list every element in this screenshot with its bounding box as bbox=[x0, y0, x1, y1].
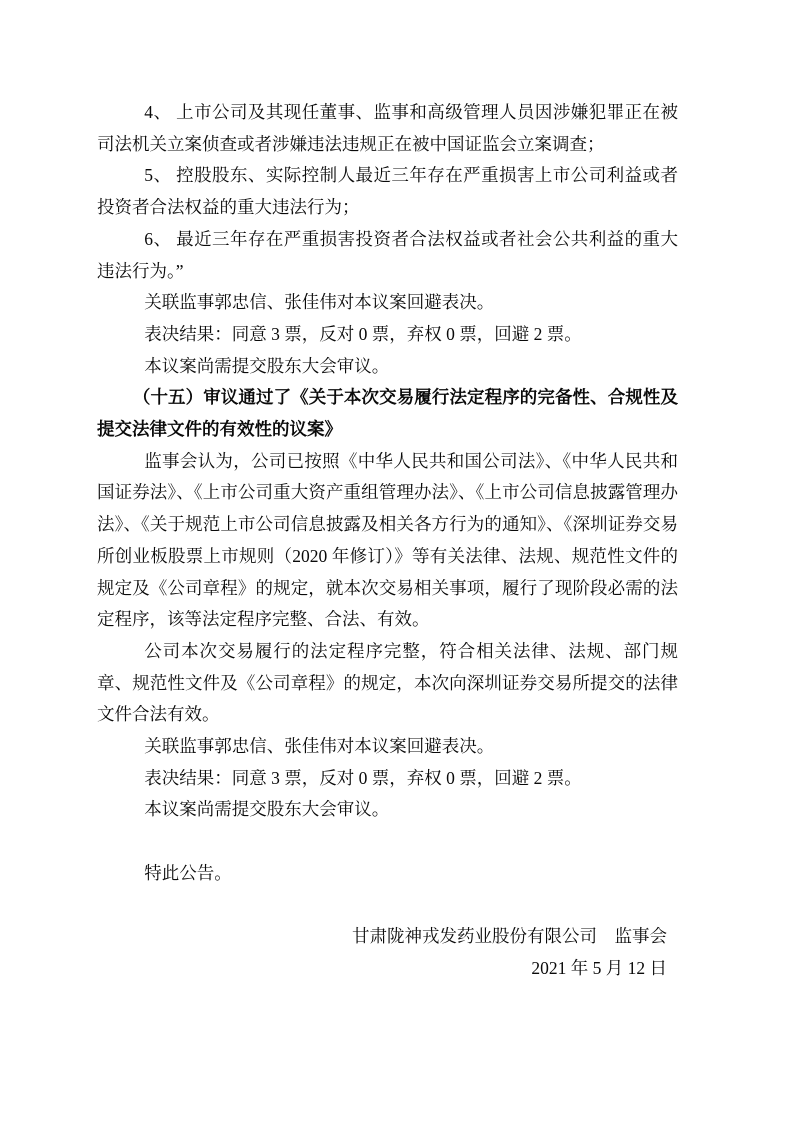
blank-line bbox=[97, 890, 678, 922]
shareholder-submission-statement: 本议案尚需提交股东大会审议。 bbox=[97, 351, 678, 383]
blank-line bbox=[97, 826, 678, 858]
shareholder-submission-statement: 本议案尚需提交股东大会审议。 bbox=[97, 794, 678, 826]
signature-company-line: 甘肃陇神戎发药业股份有限公司 监事会 bbox=[97, 921, 678, 953]
signature-date-line: 2021 年 5 月 12 日 bbox=[97, 953, 678, 985]
condition-item-4: 4、 上市公司及其现任董事、监事和高级管理人员因涉嫌犯罪正在被司法机关立案侦查或… bbox=[97, 97, 678, 160]
closing-announcement: 特此公告。 bbox=[97, 858, 678, 890]
vote-result-statement: 表决结果：同意 3 票，反对 0 票，弃权 0 票，回避 2 票。 bbox=[97, 763, 678, 795]
announcement-page: 4、 上市公司及其现任董事、监事和高级管理人员因涉嫌犯罪正在被司法机关立案侦查或… bbox=[0, 0, 793, 1122]
condition-item-6: 6、 最近三年存在严重损害投资者合法权益或者社会公共利益的重大违法行为。” bbox=[97, 224, 678, 287]
supervisory-board-opinion-paragraph: 监事会认为，公司已按照《中华人民共和国公司法》、《中华人民共和国证券法》、《上市… bbox=[97, 446, 678, 636]
vote-result-statement: 表决结果：同意 3 票，反对 0 票，弃权 0 票，回避 2 票。 bbox=[97, 319, 678, 351]
recusal-statement: 关联监事郭忠信、张佳伟对本议案回避表决。 bbox=[97, 287, 678, 319]
recusal-statement: 关联监事郭忠信、张佳伟对本议案回避表决。 bbox=[97, 731, 678, 763]
section-15-heading: （十五）审议通过了《关于本次交易履行法定程序的完备性、合规性及提交法律文件的有效… bbox=[97, 382, 678, 445]
condition-item-5: 5、 控股股东、实际控制人最近三年存在严重损害上市公司利益或者投资者合法权益的重… bbox=[97, 160, 678, 223]
legal-procedure-paragraph: 公司本次交易履行的法定程序完整，符合相关法律、法规、部门规章、规范性文件及《公司… bbox=[97, 636, 678, 731]
